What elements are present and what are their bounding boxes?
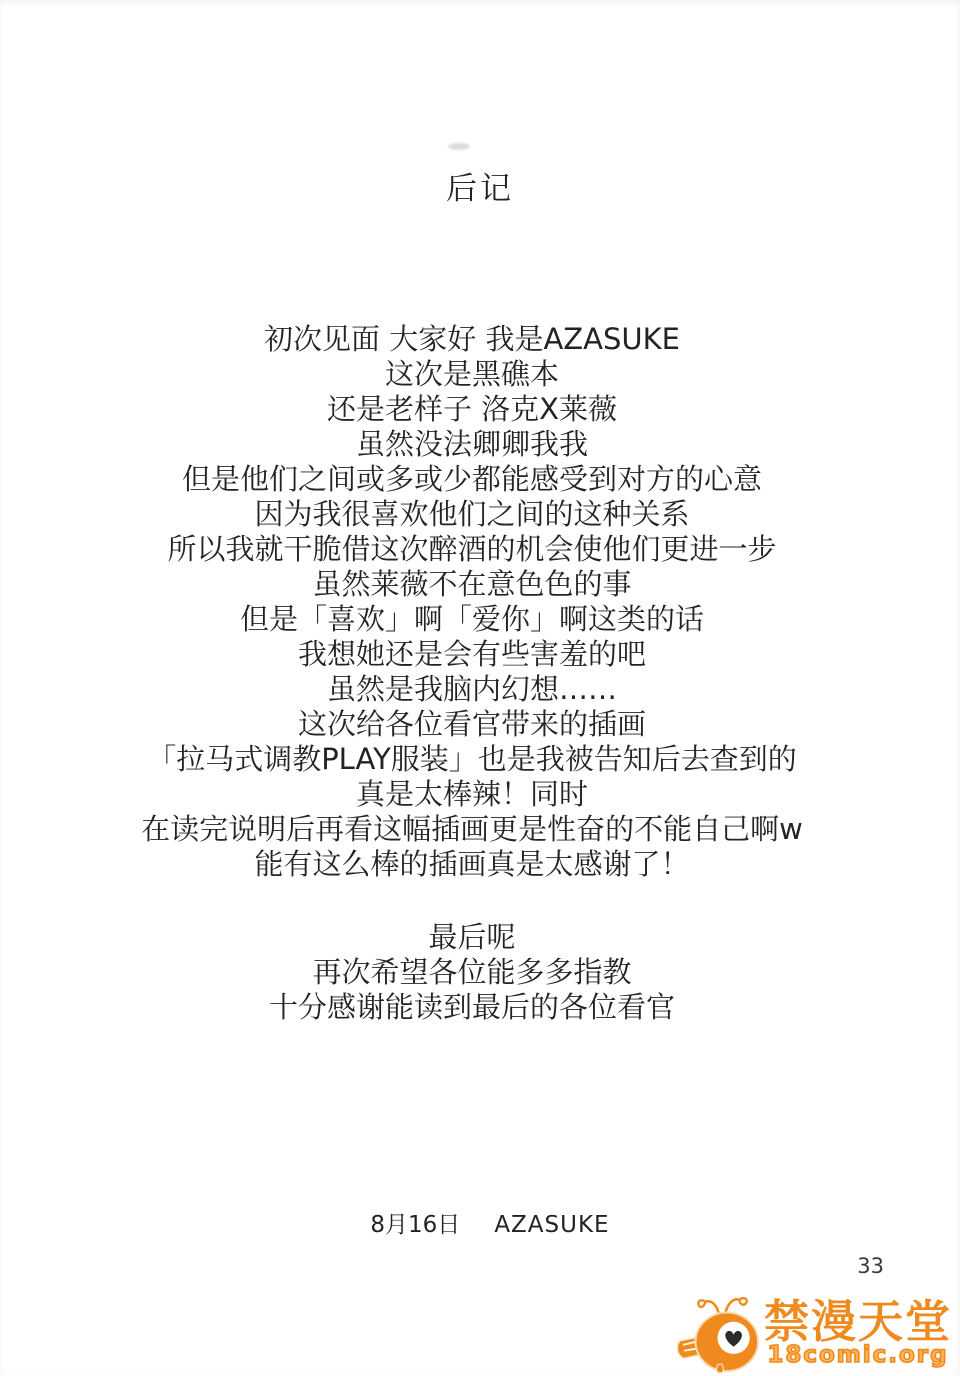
signature-author: AZASUKE	[494, 1212, 609, 1238]
afterword-page: 后记 初次见面 大家好 我是AZASUKE这次是黑礁本还是老样子 洛克X莱薇虽然…	[0, 0, 960, 1376]
mascot-icon	[674, 1290, 762, 1374]
afterword-line: 真是太棒辣！同时	[0, 777, 952, 812]
watermark-text: 禁漫天堂 18comic.org	[764, 1298, 952, 1367]
afterword-line: 因为我很喜欢他们之间的这种关系	[0, 497, 952, 532]
afterword-paragraph-1: 初次见面 大家好 我是AZASUKE这次是黑礁本还是老样子 洛克X莱薇虽然没法卿…	[0, 322, 952, 882]
afterword-line: 虽然没法卿卿我我	[0, 427, 952, 462]
afterword-line: 能有这么棒的插画真是太感谢了！	[0, 847, 952, 882]
afterword-line: 我想她还是会有些害羞的吧	[0, 637, 952, 672]
afterword-line: 在读完说明后再看这幅插画更是性奋的不能自己啊w	[0, 812, 952, 847]
afterword-line: 所以我就干脆借这次醉酒的机会使他们更进一步	[0, 532, 952, 567]
signature-line: 8月16日AZASUKE	[10, 1211, 960, 1239]
afterword-line: 还是老样子 洛克X莱薇	[0, 392, 952, 427]
afterword-line: 初次见面 大家好 我是AZASUKE	[0, 322, 952, 357]
scan-artifact	[448, 143, 470, 150]
signature-date: 8月16日	[370, 1212, 460, 1238]
afterword-paragraph-2: 最后呢再次希望各位能多多指教十分感谢能读到最后的各位看官	[0, 920, 952, 1025]
afterword-line: 虽然莱薇不在意色色的事	[0, 567, 952, 602]
afterword-line: 这次是黑礁本	[0, 357, 952, 392]
afterword-line: 再次希望各位能多多指教	[0, 955, 952, 990]
afterword-line: 最后呢	[0, 920, 952, 955]
watermark: 禁漫天堂 18comic.org	[674, 1290, 952, 1374]
watermark-site-url: 18comic.org	[767, 1343, 948, 1367]
afterword-line: 这次给各位看官带来的插画	[0, 707, 952, 742]
afterword-line: 十分感谢能读到最后的各位看官	[0, 990, 952, 1025]
afterword-line: 但是他们之间或多或少都能感受到对方的心意	[0, 462, 952, 497]
afterword-line: 虽然是我脑内幻想……	[0, 672, 952, 707]
afterword-body: 初次见面 大家好 我是AZASUKE这次是黑礁本还是老样子 洛克X莱薇虽然没法卿…	[0, 322, 952, 1025]
page-title: 后记	[0, 163, 960, 208]
page-number: 33	[857, 1254, 884, 1278]
afterword-line: 但是「喜欢」啊「爱你」啊这类的话	[0, 602, 952, 637]
watermark-site-name: 禁漫天堂	[764, 1298, 952, 1346]
afterword-line: 「拉马式调教PLAY服装」也是我被告知后去查到的	[0, 742, 952, 777]
